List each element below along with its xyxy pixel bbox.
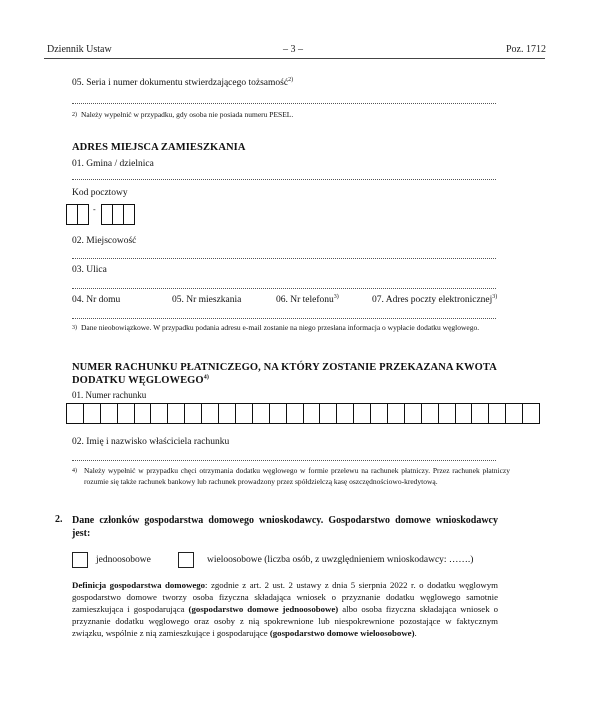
gmina-input[interactable]: [72, 179, 496, 180]
footnote-number: 4): [72, 466, 77, 477]
account-digit-box[interactable]: [303, 403, 321, 424]
flat-number-label: 05. Nr mieszkania: [172, 295, 241, 305]
account-digit-box[interactable]: [150, 403, 168, 424]
position-number: Poz. 1712: [506, 44, 546, 55]
account-digit-box[interactable]: [488, 403, 506, 424]
account-digit-box[interactable]: [387, 403, 405, 424]
definition-text: .: [415, 628, 417, 638]
postal-separator: -: [93, 205, 96, 214]
definition-term: Definicja gospodarstwa domowego: [72, 580, 205, 590]
multi-person-household-label: wieloosobowe (liczba osób, z uwzględnien…: [207, 555, 473, 565]
contact-details-input[interactable]: [72, 318, 496, 319]
account-digit-box[interactable]: [455, 403, 473, 424]
account-number-field[interactable]: [66, 403, 539, 424]
account-title-line1: NUMER RACHUNKU PŁATNICZEGO, NA KTÓRY ZOS…: [72, 362, 497, 373]
postal-digit-box[interactable]: [123, 204, 135, 225]
phone-label: 06. Nr telefonu3): [276, 295, 339, 305]
account-digit-box[interactable]: [235, 403, 253, 424]
account-digit-box[interactable]: [438, 403, 456, 424]
account-digit-box[interactable]: [167, 403, 185, 424]
account-digit-box[interactable]: [66, 403, 84, 424]
street-label: 03. Ulica: [72, 265, 107, 275]
footnote-4: 4) Należy wypełnić w przypadku chęci otr…: [72, 466, 510, 487]
account-digit-box[interactable]: [370, 403, 388, 424]
footnote-3: 3) Dane nieobowiązkowe. W przypadku poda…: [72, 323, 507, 334]
footnote-ref: 3): [334, 294, 339, 300]
account-digit-box[interactable]: [353, 403, 371, 424]
identity-doc-label-text: 05. Seria i numer dokumentu stwierdzając…: [72, 78, 288, 88]
household-section-title: Dane członków gospodarstwa domowego wnio…: [72, 514, 498, 540]
account-digit-box[interactable]: [134, 403, 152, 424]
header-divider: [44, 58, 545, 59]
account-digit-box[interactable]: [421, 403, 439, 424]
journal-name: Dziennik Ustaw: [47, 44, 112, 55]
account-digit-box[interactable]: [83, 403, 101, 424]
city-input[interactable]: [72, 258, 496, 259]
account-digit-box[interactable]: [404, 403, 422, 424]
footnote-ref: 4): [204, 375, 209, 381]
footnote-text: Należy wypełnić w przypadku, gdy osoba n…: [81, 110, 293, 119]
address-section-title: ADRES MIEJSCA ZAMIESZKANIA: [72, 142, 246, 153]
account-digit-box[interactable]: [269, 403, 287, 424]
account-digit-box[interactable]: [252, 403, 270, 424]
account-owner-input[interactable]: [72, 460, 496, 461]
city-label: 02. Miejscowość: [72, 236, 136, 246]
footnote-ref: 2): [288, 77, 293, 83]
single-person-household-label: jednoosobowe: [96, 555, 151, 565]
identity-doc-label: 05. Seria i numer dokumentu stwierdzając…: [72, 78, 293, 88]
account-digit-box[interactable]: [336, 403, 354, 424]
house-number-label: 04. Nr domu: [72, 295, 120, 305]
multi-person-household-checkbox[interactable]: [178, 552, 194, 568]
street-input[interactable]: [72, 288, 496, 289]
account-digit-box[interactable]: [505, 403, 523, 424]
gmina-label: 01. Gmina / dzielnica: [72, 159, 154, 169]
account-digit-box[interactable]: [184, 403, 202, 424]
footnote-2: 2) Należy wypełnić w przypadku, gdy osob…: [72, 110, 511, 121]
identity-doc-input[interactable]: [72, 103, 496, 104]
account-digit-box[interactable]: [522, 403, 540, 424]
postal-code-label: Kod pocztowy: [72, 188, 128, 198]
account-digit-box[interactable]: [218, 403, 236, 424]
account-digit-box[interactable]: [471, 403, 489, 424]
account-digit-box[interactable]: [319, 403, 337, 424]
account-digit-box[interactable]: [201, 403, 219, 424]
account-owner-label: 02. Imię i nazwisko właściciela rachunku: [72, 437, 229, 447]
household-definition: Definicja gospodarstwa domowego: zgodnie…: [72, 579, 498, 639]
phone-label-text: 06. Nr telefonu: [276, 295, 334, 305]
footnote-text: Dane nieobowiązkowe. W przypadku podania…: [81, 323, 479, 332]
footnote-ref: 3): [492, 294, 497, 300]
account-title-line2: DODATKU WĘGLOWEGO: [72, 375, 204, 386]
postal-digit-box[interactable]: [77, 204, 89, 225]
section-number: 2.: [55, 514, 63, 525]
account-number-label: 01. Numer rachunku: [72, 390, 146, 400]
account-section-title: NUMER RACHUNKU PŁATNICZEGO, NA KTÓRY ZOS…: [72, 361, 512, 387]
account-digit-box[interactable]: [100, 403, 118, 424]
definition-term: (gospodarstwo domowe wieloosobowe): [270, 628, 415, 638]
footnote-text: Należy wypełnić w przypadku chęci otrzym…: [84, 466, 510, 486]
single-person-household-checkbox[interactable]: [72, 552, 88, 568]
page-number: – 3 –: [283, 44, 303, 55]
email-label: 07. Adres poczty elektronicznej3): [372, 295, 497, 305]
footnote-number: 2): [72, 110, 77, 121]
account-digit-box[interactable]: [286, 403, 304, 424]
footnote-number: 3): [72, 323, 77, 334]
email-label-text: 07. Adres poczty elektronicznej: [372, 295, 492, 305]
account-digit-box[interactable]: [117, 403, 135, 424]
definition-term: (gospodarstwo domowe jednoosobowe): [189, 604, 339, 614]
